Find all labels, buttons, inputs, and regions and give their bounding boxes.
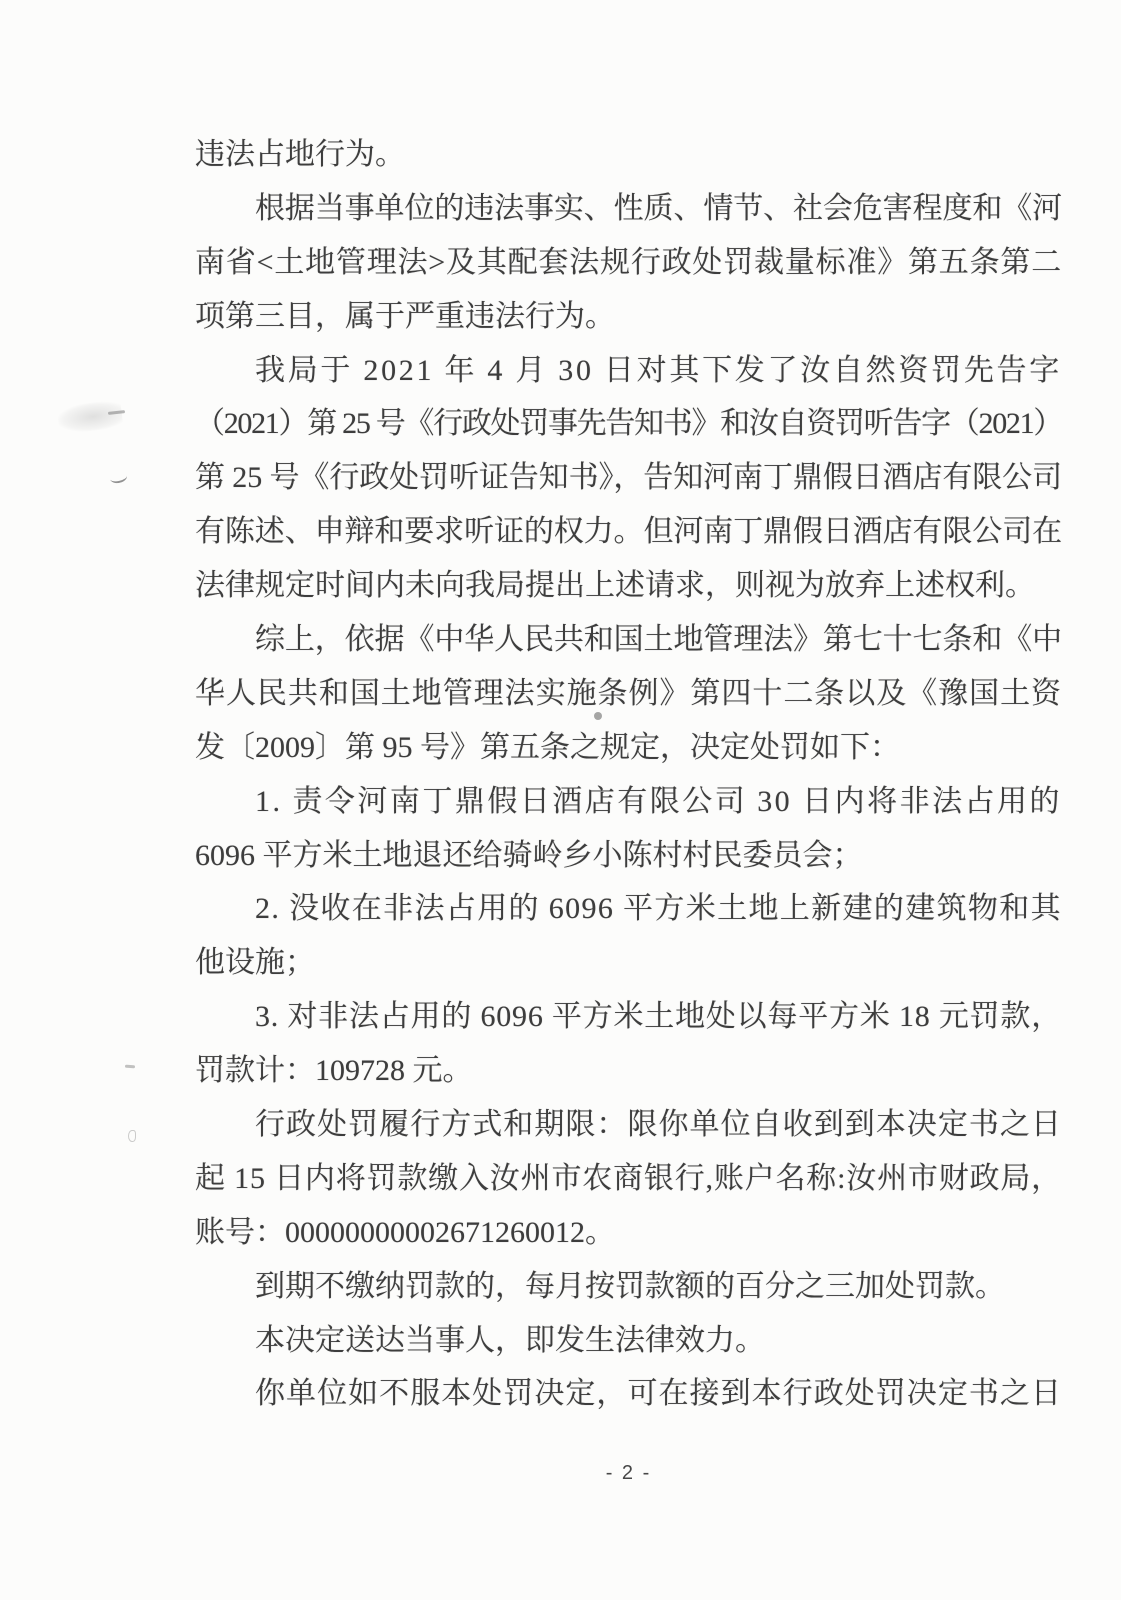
document-line: 华人民共和国土地管理法实施条例》第四十二条以及《豫国土资	[195, 667, 1062, 721]
document-line: 2. 没收在非法占用的 6096 平方米土地上新建的建筑物和其	[195, 882, 1062, 936]
scan-smudge	[57, 399, 124, 435]
document-line: 你单位如不服本处罚决定，可在接到本行政处罚决定书之日	[195, 1367, 1062, 1421]
document-line: 发〔2009〕第 95 号》第五条之规定，决定处罚如下：	[195, 721, 1062, 775]
document-line: 账号：00000000002671260012。	[195, 1206, 1062, 1260]
document-line: 南省<土地管理法>及其配套法规行政处罚裁量标准》第五条第二	[195, 236, 1062, 290]
document-line: 他设施；	[195, 936, 1062, 990]
document-line: 违法占地行为。	[195, 128, 1062, 182]
page-number: - 2 -	[195, 1462, 1062, 1485]
document-line: 有陈述、申辩和要求听证的权力。但河南丁鼎假日酒店有限公司在	[195, 505, 1062, 559]
document-line: 项第三目，属于严重违法行为。	[195, 290, 1062, 344]
document-line: 6096 平方米土地退还给骑岭乡小陈村村民委员会；	[195, 829, 1062, 883]
document-line: 行政处罚履行方式和期限：限你单位自收到到本决定书之日	[195, 1098, 1062, 1152]
scan-speck	[125, 1065, 135, 1069]
scan-mark	[108, 410, 125, 415]
document-line: 起 15 日内将罚款缴入汝州市农商银行,账户名称:汝州市财政局，	[195, 1152, 1062, 1206]
document-line: 3. 对非法占用的 6096 平方米土地处以每平方米 18 元罚款，	[195, 990, 1062, 1044]
document-line: （2021）第 25 号《行政处罚事先告知书》和汝自资罚听告字（2021）	[195, 397, 1062, 451]
document-line: 1. 责令河南丁鼎假日酒店有限公司 30 日内将非法占用的	[195, 775, 1062, 829]
document-line: 根据当事单位的违法事实、性质、情节、社会危害程度和《河	[195, 182, 1062, 236]
document-line: 第 25 号《行政处罚听证告知书》，告知河南丁鼎假日酒店有限公司	[195, 451, 1062, 505]
document-line: 罚款计：109728 元。	[195, 1044, 1062, 1098]
document-line: 到期不缴纳罚款的，每月按罚款额的百分之三加处罚款。	[195, 1260, 1062, 1314]
document-line: 综上，依据《中华人民共和国土地管理法》第七十七条和《中	[195, 613, 1062, 667]
document-line: 我局于 2021 年 4 月 30 日对其下发了汝自然资罚先告字	[195, 344, 1062, 398]
document-body: 违法占地行为。 根据当事单位的违法事实、性质、情节、社会危害程度和《河 南省<土…	[195, 128, 1062, 1421]
scan-mark	[109, 470, 128, 484]
document-line: 法律规定时间内未向我局提出上述请求，则视为放弃上述权利。	[195, 559, 1062, 613]
scan-speck	[128, 1130, 136, 1142]
document-line: 本决定送达当事人，即发生法律效力。	[195, 1314, 1062, 1368]
document-page: 违法占地行为。 根据当事单位的违法事实、性质、情节、社会危害程度和《河 南省<土…	[0, 0, 1121, 1600]
